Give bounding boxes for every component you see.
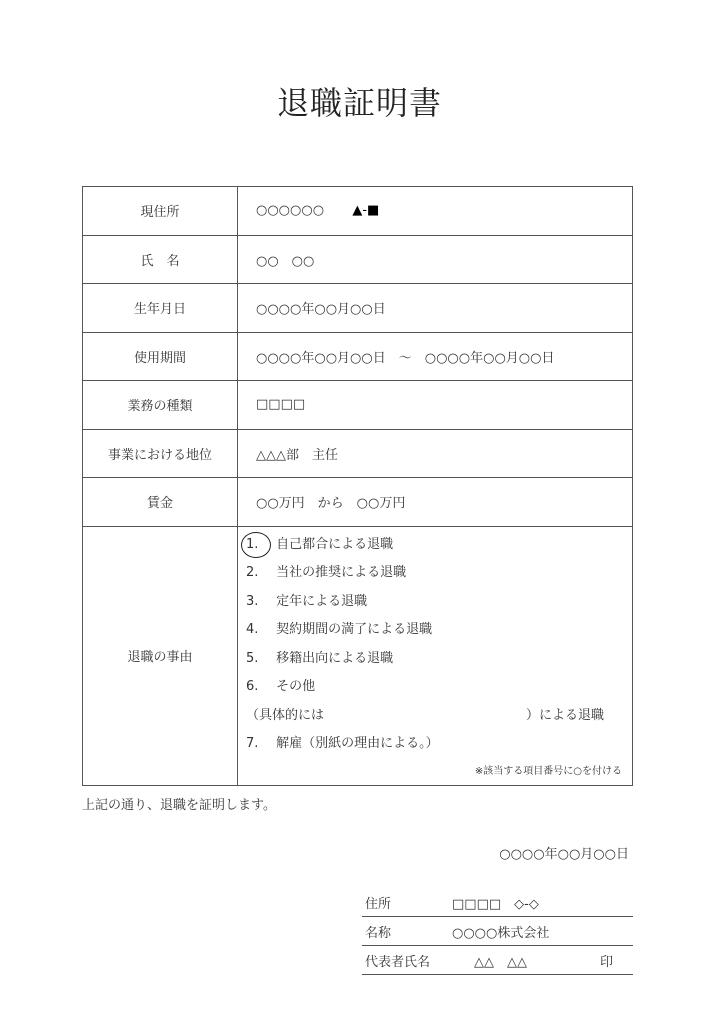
field-value: ○○万円 から ○○万円 — [238, 478, 633, 527]
field-label: 氏 名 — [83, 235, 238, 284]
field-label: 退職の事由 — [83, 526, 238, 785]
reason-specific-line: （具体的には ）による退職 — [246, 702, 632, 731]
field-label: 業務の種類 — [83, 381, 238, 430]
sig-label: 名称 — [362, 922, 452, 941]
document-title: 退職証明書 — [0, 78, 719, 124]
table-row-reasons: 退職の事由 1. 自己都合による退職 2. 当社の推奨による退職 3. 定年によ… — [83, 526, 633, 785]
sig-value: ○○○○株式会社 — [452, 922, 633, 941]
field-value: ○○○○年○○月○○日 — [238, 284, 633, 333]
reason-item: 4. 契約期間の満了による退職 — [246, 616, 632, 645]
sig-value: □□□□ ◇-◇ — [452, 893, 633, 912]
reason-number: 7. — [246, 730, 272, 759]
field-value: ○○ ○○ — [238, 235, 633, 284]
reasons-note: ※該当する項目番号に○を付ける — [246, 759, 632, 785]
reason-text: その他 — [276, 679, 315, 694]
specific-close: ）による退職 — [526, 702, 604, 731]
signature-row-company: 名称 ○○○○株式会社 — [362, 917, 633, 946]
certificate-table: 現住所 ○○○○○○ ▲-■ 氏 名 ○○ ○○ 生年月日 ○○○○年○○月○○… — [82, 186, 633, 786]
seal-mark: 印 — [600, 951, 613, 970]
field-value: ○○○○○○ ▲-■ — [238, 187, 633, 236]
reason-item: 1. 自己都合による退職 — [246, 531, 632, 560]
table-row-job-type: 業務の種類 □□□□ — [83, 381, 633, 430]
reason-item: 5. 移籍出向による退職 — [246, 645, 632, 674]
signature-row-representative: 代表者氏名 △△ △△ 印 — [362, 946, 633, 975]
signature-block: 住所 □□□□ ◇-◇ 名称 ○○○○株式会社 代表者氏名 △△ △△ 印 — [362, 888, 633, 975]
reason-text: 契約期間の満了による退職 — [276, 622, 432, 637]
field-label: 使用期間 — [83, 332, 238, 381]
specific-open: （具体的には — [246, 702, 324, 731]
field-label: 生年月日 — [83, 284, 238, 333]
reason-text: 解雇（別紙の理由による。） — [276, 736, 439, 751]
field-label: 賃金 — [83, 478, 238, 527]
table-row-name: 氏 名 ○○ ○○ — [83, 235, 633, 284]
reason-item: 2. 当社の推奨による退職 — [246, 559, 632, 588]
field-value: □□□□ — [238, 381, 633, 430]
table-row-address: 現住所 ○○○○○○ ▲-■ — [83, 187, 633, 236]
table-row-position: 事業における地位 △△△部 主任 — [83, 429, 633, 478]
reason-text: 移籍出向による退職 — [276, 651, 393, 666]
table-row-employment-period: 使用期間 ○○○○年○○月○○日 ～ ○○○○年○○月○○日 — [83, 332, 633, 381]
field-label: 事業における地位 — [83, 429, 238, 478]
reason-number: 4. — [246, 616, 272, 645]
reasons-list: 1. 自己都合による退職 2. 当社の推奨による退職 3. 定年による退職 4.… — [238, 526, 633, 785]
field-value: ○○○○年○○月○○日 ～ ○○○○年○○月○○日 — [238, 332, 633, 381]
sig-label: 住所 — [362, 893, 452, 912]
reason-number: 2. — [246, 559, 272, 588]
sig-label: 代表者氏名 — [362, 951, 452, 970]
reason-item: 3. 定年による退職 — [246, 588, 632, 617]
reason-number: 3. — [246, 588, 272, 617]
field-label: 現住所 — [83, 187, 238, 236]
selected-circle-icon — [241, 532, 271, 558]
table-row-wage: 賃金 ○○万円 から ○○万円 — [83, 478, 633, 527]
signature-row-address: 住所 □□□□ ◇-◇ — [362, 888, 633, 917]
field-value: △△△部 主任 — [238, 429, 633, 478]
reason-text: 定年による退職 — [276, 594, 367, 609]
table-row-birthdate: 生年月日 ○○○○年○○月○○日 — [83, 284, 633, 333]
reason-number: 6. — [246, 673, 272, 702]
certification-statement: 上記の通り、退職を証明します。 — [82, 794, 276, 813]
address-value: ○○○○○○ — [256, 203, 324, 218]
reason-text: 自己都合による退職 — [276, 537, 393, 552]
issue-date: ○○○○年○○月○○日 — [499, 843, 629, 862]
reason-number: 5. — [246, 645, 272, 674]
reason-item: 6. その他 — [246, 673, 632, 702]
reason-text: 当社の推奨による退職 — [276, 565, 406, 580]
address-suffix: ▲-■ — [352, 203, 379, 218]
reason-item: 7. 解雇（別紙の理由による。） — [246, 730, 632, 759]
